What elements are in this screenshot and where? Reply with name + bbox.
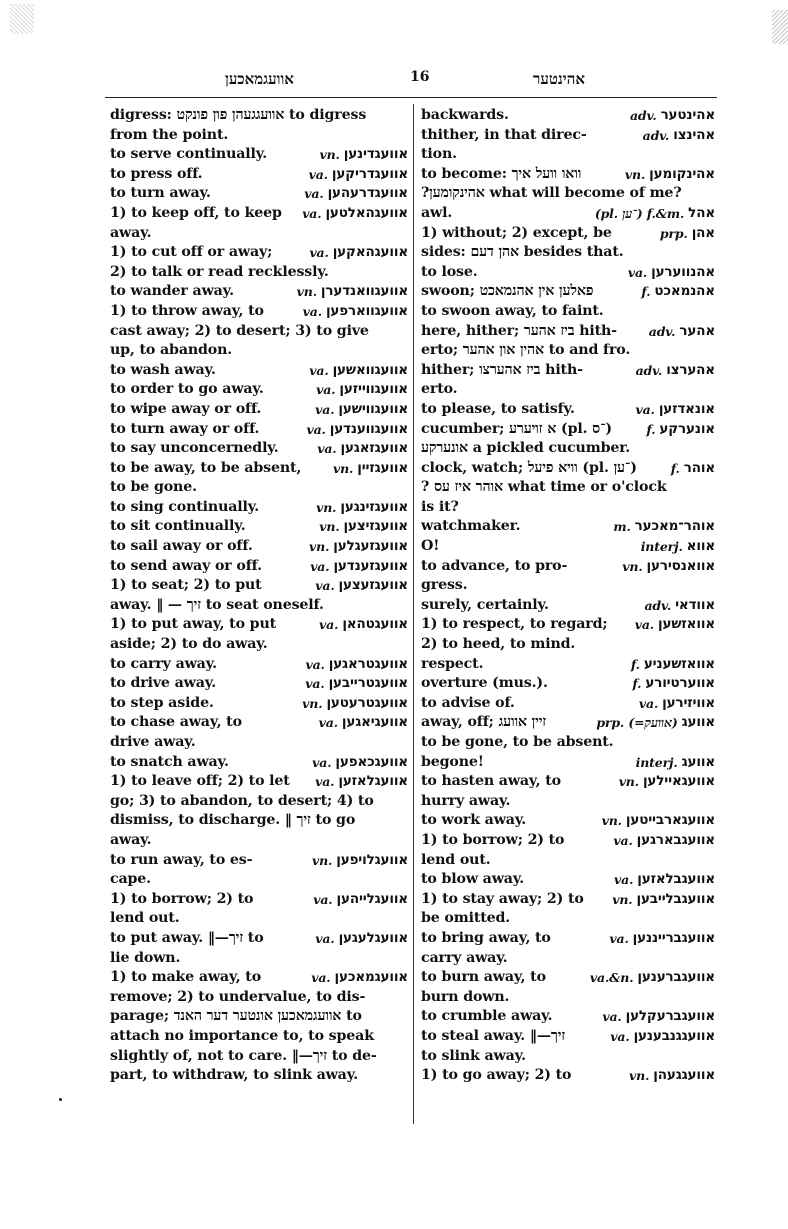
- dictionary-line: to chase away, tova.אוועגיאגען: [110, 713, 408, 733]
- dictionary-line: to advise of.va.אוויזירען: [421, 694, 715, 714]
- yiddish-headword: אוועגבלאזען: [637, 870, 715, 890]
- headword-group: va.אוועגזאגען: [279, 439, 408, 459]
- dictionary-line: cape.: [110, 870, 408, 890]
- part-of-speech: va.: [317, 439, 336, 459]
- part-of-speech: adv.: [643, 126, 670, 146]
- part-of-speech: (pl. ־ען) f.&m.: [595, 204, 684, 224]
- definition-text: to say unconcernedly.: [110, 439, 279, 459]
- part-of-speech: va.: [309, 243, 328, 263]
- headword-group: va.אוועגזענדען: [262, 557, 408, 577]
- dictionary-line: 1) to go away; 2) tovn.אוועגגעהן: [421, 1066, 715, 1086]
- definition-text: to snatch away.: [110, 753, 229, 773]
- headword-group: va.אוועגלאזען: [290, 772, 408, 792]
- part-of-speech: va.: [306, 420, 325, 440]
- yiddish-headword: אוואזשעניע: [644, 655, 715, 675]
- headword-group: va.אוועגווייזען: [264, 380, 408, 400]
- definition-text: swoon; פאלען אין אהנמאכט: [421, 282, 593, 302]
- dictionary-line: to crumble away.va.אוועגברעקלען: [421, 1007, 715, 1027]
- headword-group: (pl. ־ען) f.&m.אהל: [452, 204, 715, 224]
- dictionary-line: 1) to stay away; 2) tovn.אוועגבלייבען: [421, 890, 715, 910]
- headword-group: va.אוועגכאפען: [229, 753, 408, 773]
- definition-text: to sing continually.: [110, 498, 259, 518]
- definition-text: away.: [110, 224, 151, 244]
- dictionary-line: to please, to satisfy.va.אונאדזען: [421, 400, 715, 420]
- definition-text: be omitted.: [421, 909, 510, 929]
- part-of-speech: vn.: [629, 1066, 649, 1086]
- part-of-speech: interj.: [636, 753, 678, 773]
- definition-text: lie down.: [110, 949, 180, 969]
- definition-text: go; 3) to abandon, to desert; 4) to: [110, 792, 374, 812]
- dictionary-line: אונערקע a pickled cucumber.: [421, 439, 715, 459]
- dictionary-line: to turn away or off.va.אוועגווענדען: [110, 420, 408, 440]
- headword-group: va.אוועגווארפען: [264, 302, 408, 322]
- definition-text: O!: [421, 537, 439, 557]
- headword-group: vn.אוועגאיילען: [561, 772, 715, 792]
- right-column: backwards.adv.אהינטערthither, in that di…: [421, 106, 715, 1086]
- definition-text: ?אהינקומען what will become of me?: [421, 184, 681, 204]
- headword-group: adv.אהינטער: [509, 106, 715, 126]
- part-of-speech: va.: [315, 929, 334, 949]
- definition-text: hither; ביז אהערצו hith-: [421, 361, 583, 381]
- yiddish-headword: אוועגארבייטען: [626, 811, 715, 831]
- dictionary-line: 2) to heed, to mind.: [421, 635, 715, 655]
- yiddish-headword: אוואנסירען: [647, 557, 715, 577]
- part-of-speech: vn.: [619, 772, 639, 792]
- yiddish-headword: אהינקומען: [649, 165, 715, 185]
- part-of-speech: vn.: [319, 517, 339, 537]
- headword-group: va.אוועגבארגען: [564, 831, 715, 851]
- definition-text: to step aside.: [110, 694, 214, 714]
- dictionary-line: to bring away, tova.אוועגברייננען: [421, 929, 715, 949]
- page-number: 16: [410, 69, 429, 85]
- dictionary-line: to drive away.va.אוועגטרייבען: [110, 674, 408, 694]
- yiddish-headword: אוועגזיצען: [344, 517, 408, 537]
- definition-text: 1) to borrow; 2) to: [421, 831, 564, 851]
- dictionary-line: to blow away.va.אוועגבלאזען: [421, 870, 715, 890]
- headword-group: va.אוועגהאקען: [272, 243, 408, 263]
- dictionary-line: to advance, to pro-vn.אוואנסירען: [421, 557, 715, 577]
- yiddish-headword: אוויזירען: [662, 694, 715, 714]
- yiddish-headword: אוועגהאקען: [333, 243, 408, 263]
- headword-group: vn.אוועגוואנדערן: [234, 282, 408, 302]
- definition-text: lend out.: [110, 909, 180, 929]
- definition-text: to lose.: [421, 263, 478, 283]
- headword-group: vn.אוועגזינגען: [259, 498, 408, 518]
- part-of-speech: va.: [311, 968, 330, 988]
- definition-text: to crumble away.: [421, 1007, 552, 1027]
- yiddish-headword: אהנמאכט: [654, 282, 715, 302]
- dictionary-line: to be gone.: [110, 478, 408, 498]
- dictionary-line: to run away, to es-vn.אוועגלויפען: [110, 851, 408, 871]
- headword-group: vn.אוועגזעגלען: [253, 537, 408, 557]
- yiddish-headword: אהערצו: [666, 361, 715, 381]
- definition-text: 2) to heed, to mind.: [421, 635, 575, 655]
- definition-text: to carry away.: [110, 655, 217, 675]
- dictionary-line: to become: וואו וועל איךvn.אהינקומען: [421, 165, 715, 185]
- headword-group: interj.אוועג: [484, 753, 715, 773]
- headword-group: va.אוויזירען: [515, 694, 715, 714]
- definition-text: carry away.: [421, 949, 507, 969]
- dictionary-line: to step aside.vn.אוועגטרעטען: [110, 694, 408, 714]
- dictionary-line: to sing continually.vn.אוועגזינגען: [110, 498, 408, 518]
- scan-speckle-top-left: [10, 4, 34, 34]
- part-of-speech: va.: [310, 557, 329, 577]
- dictionary-line: dismiss, to discharge. ‖ זיך to go: [110, 811, 408, 831]
- yiddish-headword: אונאדזען: [659, 400, 715, 420]
- yiddish-headword: אוועגאיילען: [643, 772, 715, 792]
- headword-group: vn.אוועגבלייבען: [584, 890, 715, 910]
- dictionary-line: to press off.va.אוועגדריקען: [110, 165, 408, 185]
- yiddish-headword: אוועגלויפען: [336, 851, 408, 871]
- dictionary-line: 1) to throw away, tova.אוועגווארפען: [110, 302, 408, 322]
- definition-text: to advise of.: [421, 694, 515, 714]
- dictionary-line: hither; ביז אהערצו hith-adv.אהערצו: [421, 361, 715, 381]
- scan-stray-dot: [59, 1098, 62, 1101]
- dictionary-line: here, hither; ביז אהער hith-adv.אהער: [421, 322, 715, 342]
- definition-text: sides: אהן דעם besides that.: [421, 243, 624, 263]
- yiddish-headword: אוועג: [682, 753, 715, 773]
- definition-text: to be gone, to be absent.: [421, 733, 613, 753]
- yiddish-headword: אוועגזעגלען: [333, 537, 408, 557]
- part-of-speech: va.: [313, 890, 332, 910]
- definition-text: respect.: [421, 655, 483, 675]
- definition-text: surely, certainly.: [421, 596, 549, 616]
- headword-group: va.אוועגטהאן: [276, 615, 408, 635]
- part-of-speech: vn.: [316, 498, 336, 518]
- yiddish-headword: אונערקע: [659, 420, 715, 440]
- definition-text: to slink away.: [421, 1047, 526, 1067]
- dictionary-line: lend out.: [421, 851, 715, 871]
- dictionary-line: begone!interj.אוועג: [421, 753, 715, 773]
- part-of-speech: vn.: [297, 282, 317, 302]
- yiddish-headword: אוועגגנבענען: [634, 1027, 715, 1047]
- headword-group: va.אוועגטראגען: [217, 655, 408, 675]
- headword-group: f.אונערקע: [612, 420, 715, 440]
- yiddish-headword: אווערטיורע: [645, 674, 715, 694]
- definition-text: erto.: [421, 380, 457, 400]
- dictionary-line: cucumber; א זויערע (pl. ־ס)f.אונערקע: [421, 420, 715, 440]
- headword-group: vn.אוועגארבייטען: [526, 811, 715, 831]
- headword-group: vn.אוואנסירען: [567, 557, 715, 577]
- dictionary-line: to send away or off.va.אוועגזענדען: [110, 557, 408, 577]
- dictionary-line: slightly of, not to care. ‖—זיך to de-: [110, 1047, 408, 1067]
- dictionary-line: 1) to borrow; 2) tova.אוועגלייהען: [110, 890, 408, 910]
- dictionary-line: attach no importance to, to speak: [110, 1027, 408, 1047]
- definition-text: to wipe away or off.: [110, 400, 261, 420]
- part-of-speech: vn.: [302, 694, 322, 714]
- dictionary-line: to snatch away.va.אוועגכאפען: [110, 753, 408, 773]
- part-of-speech: f.: [646, 420, 655, 440]
- definition-text: hurry away.: [421, 792, 510, 812]
- dictionary-line: remove; 2) to undervalue, to dis-: [110, 988, 408, 1008]
- dictionary-line: carry away.: [421, 949, 715, 969]
- dictionary-line: to steal away. ‖—זיךva.אוועגגנבענען: [421, 1027, 715, 1047]
- yiddish-headword: אוועגזיין: [357, 459, 408, 479]
- dictionary-line: aside; 2) to do away.: [110, 635, 408, 655]
- dictionary-line: to wash away.va.אוועגוואשען: [110, 361, 408, 381]
- part-of-speech: va.: [610, 1027, 629, 1047]
- dictionary-line: away, off; זיין אוועגprp. (=אוועק)אוועג: [421, 713, 715, 733]
- yiddish-headword: אהל: [688, 204, 715, 224]
- dictionary-line: 1) to seat; 2) to putva.אוועגזעצען: [110, 576, 408, 596]
- yiddish-headword: אוואזשען: [658, 615, 715, 635]
- part-of-speech: prp. (=אוועק): [596, 713, 677, 733]
- dictionary-line: to hasten away, tovn.אוועגאיילען: [421, 772, 715, 792]
- part-of-speech: va.: [312, 753, 331, 773]
- dictionary-line: clock, watch; וויא פיעל (pl. ־ען)f.אוהר: [421, 459, 715, 479]
- definition-text: to advance, to pro-: [421, 557, 567, 577]
- definition-text: 1) to respect, to regard;: [421, 615, 607, 635]
- yiddish-headword: אוועגזעצען: [339, 576, 408, 596]
- headword-group: va.אוועגהאלטען: [282, 204, 408, 224]
- headword-group: f.אוהר: [637, 459, 715, 479]
- part-of-speech: va.: [303, 302, 322, 322]
- definition-text: 1) to cut off or away;: [110, 243, 272, 263]
- yiddish-headword: אוועגמאכען: [335, 968, 409, 988]
- column-divider: [413, 104, 414, 1124]
- dictionary-line: to sail away or off.vn.אוועגזעגלען: [110, 537, 408, 557]
- dictionary-line: away.: [110, 224, 408, 244]
- headword-group: adv.אהער: [617, 322, 715, 342]
- dictionary-line: 1) to leave off; 2) to letva.אוועגלאזען: [110, 772, 408, 792]
- dictionary-line: 1) to borrow; 2) tova.אוועגבארגען: [421, 831, 715, 851]
- part-of-speech: va.&n.: [590, 968, 634, 988]
- yiddish-headword: אוועגזינגען: [340, 498, 408, 518]
- dictionary-line: cast away; 2) to desert; 3) to give: [110, 322, 408, 342]
- dictionary-line: to wipe away or off.va.אוועגווישען: [110, 400, 408, 420]
- definition-text: gress.: [421, 576, 467, 596]
- dictionary-line: overture (mus.).f.אווערטיורע: [421, 674, 715, 694]
- definition-text: to run away, to es-: [110, 851, 252, 871]
- definition-text: to order to go away.: [110, 380, 264, 400]
- definition-text: to turn away.: [110, 184, 211, 204]
- dictionary-line: up, to abandon.: [110, 341, 408, 361]
- yiddish-headword: אוועגבארגען: [637, 831, 715, 851]
- part-of-speech: vn.: [309, 537, 329, 557]
- dictionary-line: to swoon away, to faint.: [421, 302, 715, 322]
- dictionary-line: 2) to talk or read recklessly.: [110, 263, 408, 283]
- yiddish-headword: אוהר: [684, 459, 715, 479]
- part-of-speech: va.: [613, 831, 632, 851]
- yiddish-headword: אוועגזענדען: [333, 557, 408, 577]
- yiddish-headword: אהנווערען: [651, 263, 715, 283]
- part-of-speech: f.: [641, 282, 650, 302]
- part-of-speech: f.: [632, 674, 641, 694]
- dictionary-line: to turn away.va.אוועגדרעהען: [110, 184, 408, 204]
- headword-group: adv.אהינצו: [587, 126, 715, 146]
- definition-text: drive away.: [110, 733, 196, 753]
- yiddish-headword: אהער: [679, 322, 715, 342]
- dictionary-line: away. ‖ — זיך to seat oneself.: [110, 596, 408, 616]
- dictionary-line: to work away.vn.אוועגארבייטען: [421, 811, 715, 831]
- yiddish-headword: אוועגברעקלען: [626, 1007, 715, 1027]
- dictionary-line: 1) to keep off, to keepva.אוועגהאלטען: [110, 204, 408, 224]
- yiddish-headword: אוועגברענען: [637, 968, 715, 988]
- headword-group: va.אוועגדריקען: [202, 165, 408, 185]
- definition-text: from the point.: [110, 126, 228, 146]
- headword-group: va.אוועגברעקלען: [552, 1007, 715, 1027]
- dictionary-line: surely, certainly.adv.אוודאי: [421, 596, 715, 616]
- yiddish-headword: אוועגדינען: [344, 145, 408, 165]
- yiddish-headword: אוועגגעהן: [653, 1066, 715, 1086]
- definition-text: to sail away or off.: [110, 537, 253, 557]
- definition-text: cape.: [110, 870, 151, 890]
- yiddish-headword: אוועגוואשען: [333, 361, 408, 381]
- definition-text: to serve continually.: [110, 145, 267, 165]
- definition-text: to work away.: [421, 811, 526, 831]
- definition-text: to be gone.: [110, 478, 197, 498]
- yiddish-headword: אוועגדריקען: [332, 165, 408, 185]
- yiddish-headword: אוועגזאגען: [340, 439, 408, 459]
- part-of-speech: va.: [639, 694, 658, 714]
- headword-group: vn.אוועגגעהן: [571, 1066, 715, 1086]
- headword-group: vn.אהינקומען: [581, 165, 715, 185]
- part-of-speech: va.: [636, 400, 655, 420]
- definition-text: watchmaker.: [421, 517, 520, 537]
- headword-group: f.אהנמאכט: [593, 282, 715, 302]
- definition-text: part, to withdraw, to slink away.: [110, 1066, 358, 1086]
- dictionary-line: parage; אוועגמאכען אונטער דער האנד to: [110, 1007, 408, 1027]
- headword-group: va.אוועגמאכען: [261, 968, 408, 988]
- headword-group: va.אוועגדרעהען: [211, 184, 408, 204]
- headword-group: va.אוועגגנבענען: [565, 1027, 715, 1047]
- dictionary-line: backwards.adv.אהינטער: [421, 106, 715, 126]
- definition-text: 1) to stay away; 2) to: [421, 890, 584, 910]
- definition-text: to wash away.: [110, 361, 216, 381]
- yiddish-headword: אוועגטהאן: [342, 615, 408, 635]
- definition-text: to blow away.: [421, 870, 524, 890]
- definition-text: digress: אוועגגעהן פון פונקט to digress: [110, 106, 366, 126]
- dictionary-line: watchmaker.m.אוהר־מאכער: [421, 517, 715, 537]
- dictionary-line: to order to go away.va.אוועגווייזען: [110, 380, 408, 400]
- part-of-speech: va.: [319, 615, 338, 635]
- definition-text: to sit continually.: [110, 517, 246, 537]
- part-of-speech: va.: [302, 204, 321, 224]
- headword-group: va.אוועגוואשען: [216, 361, 408, 381]
- dictionary-line: from the point.: [110, 126, 408, 146]
- part-of-speech: va.: [316, 380, 335, 400]
- dictionary-line: tion.: [421, 145, 715, 165]
- dictionary-line: awl.(pl. ־ען) f.&m.אהל: [421, 204, 715, 224]
- part-of-speech: vn.: [319, 145, 339, 165]
- part-of-speech: va.: [614, 870, 633, 890]
- definition-text: tion.: [421, 145, 457, 165]
- headword-group: adv.אהערצו: [583, 361, 715, 381]
- definition-text: 2) to talk or read recklessly.: [110, 263, 329, 283]
- headword-group: m.אוהר־מאכער: [520, 517, 715, 537]
- yiddish-headword: אוועגכאפען: [335, 753, 408, 773]
- definition-text: 1) to borrow; 2) to: [110, 890, 253, 910]
- definition-text: burn down.: [421, 988, 509, 1008]
- part-of-speech: va.: [635, 615, 654, 635]
- left-guide-word: אוועגמאכען: [225, 70, 294, 89]
- left-column: digress: אוועגגעהן פון פונקט to digressf…: [110, 106, 408, 1086]
- dictionary-line: swoon; פאלען אין אהנמאכטf.אהנמאכט: [421, 282, 715, 302]
- definition-text: lend out.: [421, 851, 491, 871]
- definition-text: to put away. ‖—זיך to: [110, 929, 264, 949]
- dictionary-line: ?אהינקומען what will become of me?: [421, 184, 715, 204]
- yiddish-headword: אוועגיאגען: [342, 713, 408, 733]
- dictionary-line: to slink away.: [421, 1047, 715, 1067]
- definition-text: clock, watch; וויא פיעל (pl. ־ען): [421, 459, 637, 479]
- definition-text: to send away or off.: [110, 557, 262, 577]
- part-of-speech: vn.: [312, 851, 332, 871]
- headword-group: va.אוועגבלאזען: [524, 870, 715, 890]
- definition-text: to chase away, to: [110, 713, 242, 733]
- definition-text: 1) to go away; 2) to: [421, 1066, 571, 1086]
- part-of-speech: va.: [305, 674, 324, 694]
- definition-text: 1) to keep off, to keep: [110, 204, 282, 224]
- dictionary-line: to lose.va.אהנווערען: [421, 263, 715, 283]
- headword-group: vn.אוועגזיין: [301, 459, 408, 479]
- definition-text: to swoon away, to faint.: [421, 302, 604, 322]
- yiddish-headword: אוועגווישען: [338, 400, 408, 420]
- yiddish-headword: אוועגווייזען: [339, 380, 408, 400]
- yiddish-headword: אוועגטרעטען: [326, 694, 408, 714]
- definition-text: to steal away. ‖—זיך: [421, 1027, 565, 1047]
- headword-group: adv.אוודאי: [549, 596, 715, 616]
- definition-text: cucumber; א זויערע (pl. ־ס): [421, 420, 612, 440]
- dictionary-line: 1) without; 2) except, beprp.אהן: [421, 224, 715, 244]
- dictionary-line: away.: [110, 831, 408, 851]
- definition-text: to become: וואו וועל איך: [421, 165, 581, 185]
- dictionary-line: to put away. ‖—זיך tova.אוועגלעגען: [110, 929, 408, 949]
- yiddish-headword: אהינטער: [661, 106, 715, 126]
- yiddish-headword: אוועג: [682, 713, 715, 733]
- yiddish-headword: אוועגלייהען: [337, 890, 409, 910]
- definition-text: 1) to seat; 2) to put: [110, 576, 262, 596]
- headword-group: vn.אוועגטרעטען: [214, 694, 408, 714]
- dictionary-line: thither, in that direc-adv.אהינצו: [421, 126, 715, 146]
- dictionary-line: 1) to cut off or away;va.אוועגהאקען: [110, 243, 408, 263]
- definition-text: up, to abandon.: [110, 341, 232, 361]
- yiddish-headword: אוועגהאלטען: [325, 204, 408, 224]
- yiddish-headword: אוודאי: [675, 596, 715, 616]
- scan-speckle-top-right: [772, 10, 788, 44]
- dictionary-line: to say unconcernedly.va.אוועגזאגען: [110, 439, 408, 459]
- definition-text: to drive away.: [110, 674, 216, 694]
- part-of-speech: va.: [319, 713, 338, 733]
- dictionary-line: erto.: [421, 380, 715, 400]
- definition-text: parage; אוועגמאכען אונטער דער האנד to: [110, 1007, 362, 1027]
- definition-text: to press off.: [110, 165, 202, 185]
- page-header: אוועגמאכען 16 אהינטער: [105, 66, 717, 92]
- headword-group: va.אוועגברייננען: [551, 929, 715, 949]
- definition-text: erto; אהין און אהער to and fro.: [421, 341, 630, 361]
- definition-text: awl.: [421, 204, 452, 224]
- dictionary-line: ? אוהר איז עס what time or o'clock: [421, 478, 715, 498]
- part-of-speech: va.: [309, 361, 328, 381]
- definition-text: to hasten away, to: [421, 772, 561, 792]
- dictionary-line: O!interj.אווא: [421, 537, 715, 557]
- part-of-speech: va.: [309, 165, 328, 185]
- definition-text: is it?: [421, 498, 459, 518]
- dictionary-line: gress.: [421, 576, 715, 596]
- dictionary-line: to burn away, tova.&n.אוועגברענען: [421, 968, 715, 988]
- part-of-speech: adv.: [644, 596, 671, 616]
- headword-group: f.אוואזשעניע: [483, 655, 715, 675]
- part-of-speech: vn.: [612, 890, 632, 910]
- definition-text: cast away; 2) to desert; 3) to give: [110, 322, 369, 342]
- definition-text: to be away, to be absent,: [110, 459, 301, 479]
- dictionary-line: drive away.: [110, 733, 408, 753]
- yiddish-headword: אוועגווענדען: [330, 420, 408, 440]
- yiddish-headword: אווא: [687, 537, 715, 557]
- part-of-speech: va.: [609, 929, 628, 949]
- headword-group: va.אוועגלייהען: [253, 890, 408, 910]
- yiddish-headword: אוהר־מאכער: [635, 517, 715, 537]
- definition-text: ? אוהר איז עס what time or o'clock: [421, 478, 667, 498]
